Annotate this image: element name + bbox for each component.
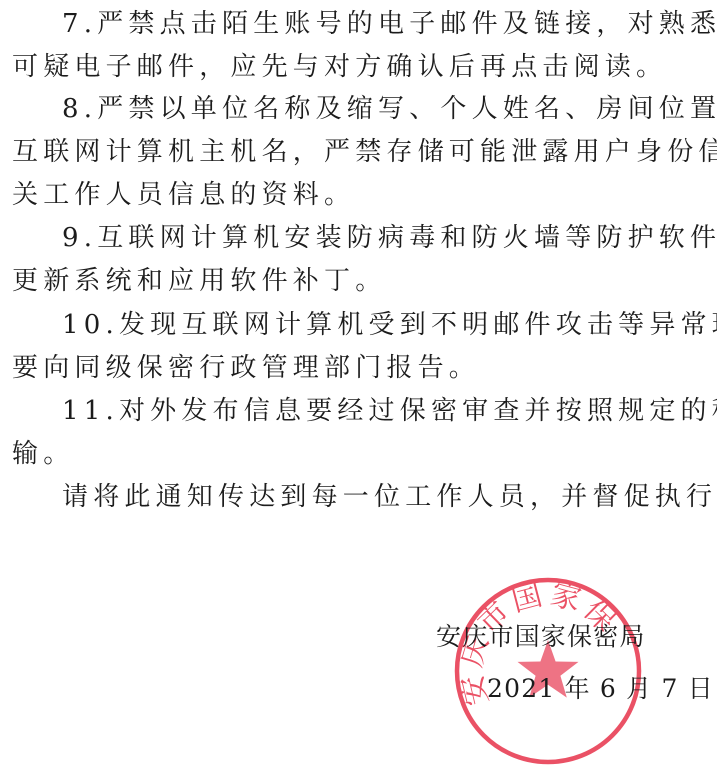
paragraph-8-line-3: 关工作人员信息的资料。 [12, 174, 712, 217]
issue-date: 2021 年 6 月 7 日 [487, 669, 714, 709]
paragraph-7-line-1: 7.严禁点击陌生账号的电子邮件及链接，对熟悉账号的 [62, 3, 717, 46]
paragraph-9-line-2: 更新系统和应用软件补丁。 [12, 260, 712, 303]
paragraph-10-line-1: 10.发现互联网计算机受到不明邮件攻击等异常现象， [62, 304, 717, 347]
paragraph-11-line-2: 输。 [12, 433, 712, 476]
paragraph-8-line-1: 8.严禁以单位名称及缩写、个人姓名、房间位置等作为 [62, 88, 717, 131]
issuer-name: 安庆市国家保密局 [436, 617, 646, 657]
document-page: 7.严禁点击陌生账号的电子邮件及链接，对熟悉账号的 可疑电子邮件，应先与对方确认… [0, 0, 717, 777]
paragraph-10-line-2: 要向同级保密行政管理部门报告。 [12, 347, 712, 390]
closing-instruction: 请将此通知传达到每一位工作人员，并督促执行。 [62, 476, 717, 519]
paragraph-7-line-2: 可疑电子邮件，应先与对方确认后再点击阅读。 [12, 46, 712, 89]
paragraph-9-line-1: 9.互联网计算机安装防病毒和防火墙等防护软件，定期 [62, 217, 717, 260]
paragraph-11-line-1: 11.对外发布信息要经过保密审查并按照规定的程序传 [62, 390, 717, 433]
paragraph-8-line-2: 互联网计算机主机名，严禁存储可能泄露用户身份信息或相 [12, 131, 712, 174]
